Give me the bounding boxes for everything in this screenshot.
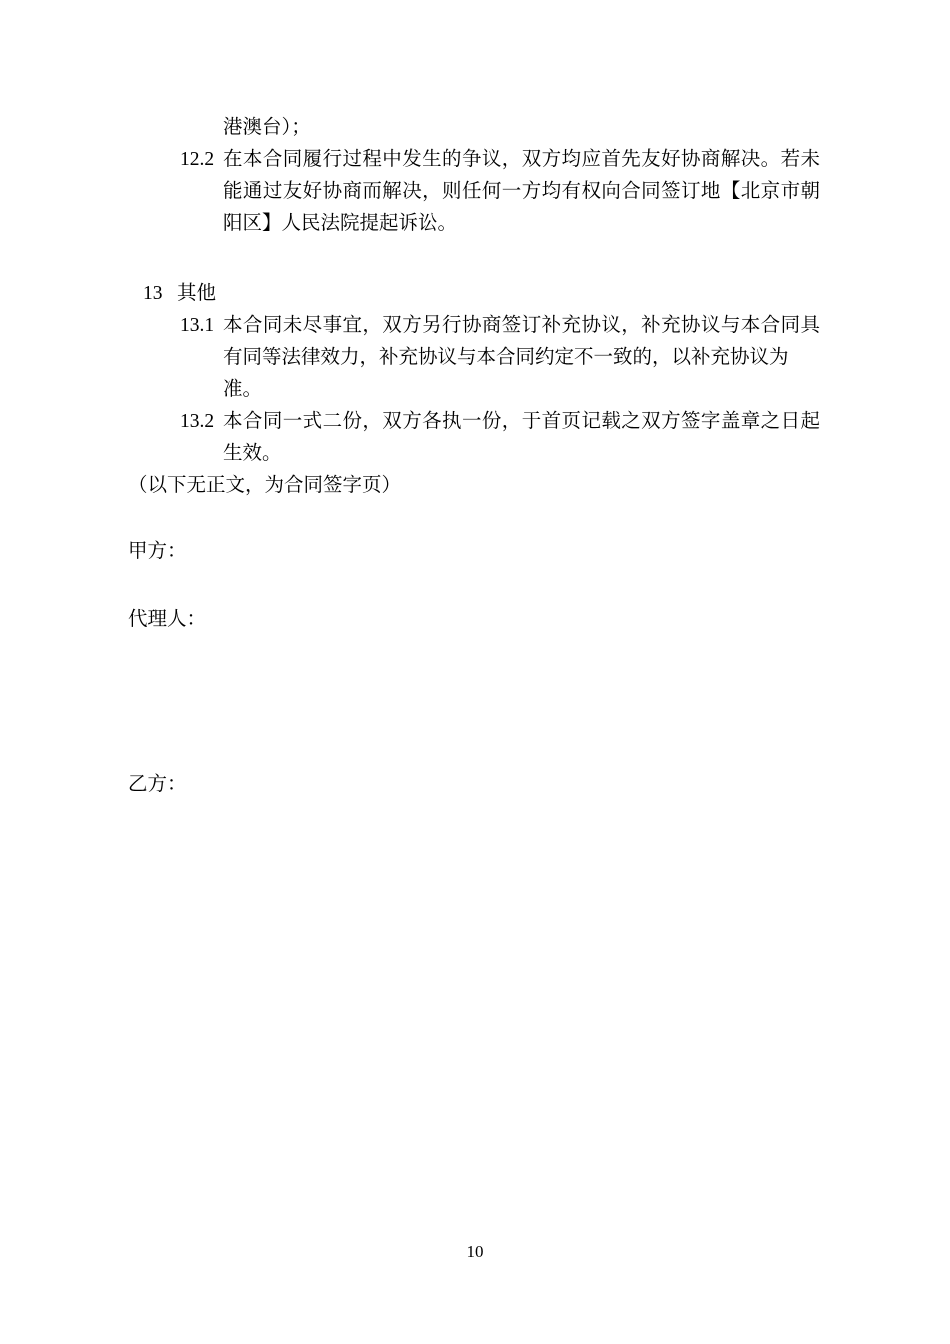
clause-13-1-number: 13.1	[180, 310, 214, 342]
clause-12-2-number: 12.2	[180, 144, 214, 176]
clause-12-2-line-1: 在本合同履行过程中发生的争议，双方均应首先友好协商解决。若未	[223, 144, 820, 176]
contract-document-page: 港澳台）； 12.2 在本合同履行过程中发生的争议，双方均应首先友好协商解决。若…	[0, 0, 950, 1344]
clause-13-2-line-2: 生效。	[223, 438, 820, 470]
clause-13-1: 13.1 本合同未尽事宜，双方另行协商签订补充协议，补充协议与本合同具 有同等法…	[128, 310, 820, 406]
section-13-title: 其他	[177, 283, 216, 304]
clause-13-1-line-2: 有同等法律效力，补充协议与本合同约定不一致的，以补充协议为准。	[223, 342, 820, 406]
party-b-signature-label: 乙方：	[128, 769, 820, 801]
clause-13-2-number: 13.2	[180, 406, 214, 438]
page-content: 港澳台）； 12.2 在本合同履行过程中发生的争议，双方均应首先友好协商解决。若…	[128, 112, 820, 801]
agent-signature-label: 代理人：	[128, 604, 820, 636]
clause-12-2: 12.2 在本合同履行过程中发生的争议，双方均应首先友好协商解决。若未 能通过友…	[128, 144, 820, 240]
clause-12-2-line-2: 能通过友好协商而解决，则任何一方均有权向合同签订地【北京市朝	[223, 176, 820, 208]
clause-13-2-line-1: 本合同一式二份，双方各执一份，于首页记载之双方签字盖章之日起	[223, 406, 820, 438]
clause-12-1-carryover-line: 港澳台）；	[128, 112, 820, 144]
clause-12-2-line-3: 阳区】人民法院提起诉讼。	[223, 208, 820, 240]
no-more-text-note: （以下无正文，为合同签字页）	[128, 470, 820, 502]
page-number: 10	[0, 1240, 950, 1264]
section-13-number: 13	[143, 278, 163, 310]
clause-13-2: 13.2 本合同一式二份，双方各执一份，于首页记载之双方签字盖章之日起 生效。	[128, 406, 820, 470]
clause-13-1-line-1: 本合同未尽事宜，双方另行协商签订补充协议，补充协议与本合同具	[223, 310, 820, 342]
party-a-signature-label: 甲方：	[128, 536, 820, 568]
section-13-heading: 13 其他	[128, 278, 820, 310]
